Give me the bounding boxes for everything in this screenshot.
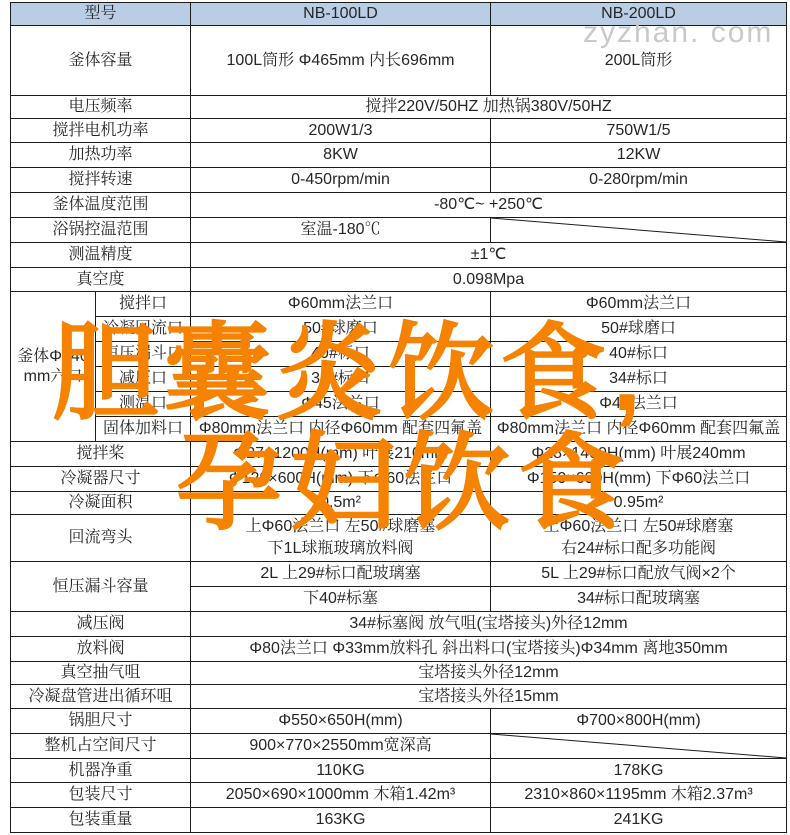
header-model-label: 型号 <box>11 3 191 26</box>
spec-value-nb100: Φ550×650H(mm) <box>191 709 491 734</box>
spec-label: 机器净重 <box>11 759 191 783</box>
row-funnel-capacity: 恒压漏斗容量 2L 上29#标口配玻璃塞 5L 上29#标口配放气阀×2个 <box>11 562 787 587</box>
spec-value-nb100: 8KW <box>191 143 491 168</box>
spec-value-nb200: 750W1/5 <box>491 119 787 143</box>
spec-value-shared: 宝塔接头外径12mm <box>191 662 787 685</box>
spec-value-shared: 0.098Mpa <box>191 268 787 292</box>
row-pack-weight: 包装重量 163KG 241KG <box>11 808 787 833</box>
row-voltage: 电压频率 搅拌220V/50HZ 加热锅380V/50HZ <box>11 96 787 119</box>
row-net-weight: 机器净重 110KG 178KG <box>11 759 787 783</box>
spec-value-nb200: 2310×860×1195mm 木箱2.37m³ <box>491 783 787 808</box>
spec-label: 冷凝面积 <box>11 492 191 515</box>
spec-value-nb200: 5L 上29#标口配放气阀×2个 <box>491 562 787 587</box>
spec-label: 减压阀 <box>11 612 191 637</box>
spec-value-shared: 搅拌220V/50HZ 加热锅380V/50HZ <box>191 96 787 119</box>
row-bath-temp-range: 浴锅控温范围 室温-180℃ <box>11 218 787 243</box>
spec-value-nb100: 室温-180℃ <box>191 218 491 243</box>
spec-value-nb200: 178KG <box>491 759 787 783</box>
spec-value-nb100: 2L 上29#标口配玻璃塞 <box>191 562 491 587</box>
spec-label: 冷凝盘管进出循环咀 <box>11 685 191 709</box>
row-vacuum-nozzle: 真空抽气咀 宝塔接头外径12mm <box>11 662 787 685</box>
spec-value-nb200: 241KG <box>491 808 787 833</box>
spec-label: 真空度 <box>11 268 191 292</box>
row-stir-speed: 搅拌转速 0-450rpm/min 0-280rpm/min <box>11 168 787 193</box>
row-pot-size: 锅胆尺寸 Φ550×650H(mm) Φ700×800H(mm) <box>11 709 787 734</box>
spec-label: 整机占空间尺寸 <box>11 734 191 759</box>
spec-value-nb200: 0-280rpm/min <box>491 168 787 193</box>
spec-value-nb200: Φ60mm法兰口 <box>491 292 787 317</box>
row-heating-power: 加热功率 8KW 12KW <box>11 143 787 168</box>
spec-label: 测温精度 <box>11 243 191 268</box>
spec-label: 回流弯头 <box>11 515 191 562</box>
row-motor-power: 搅拌电机功率 200W1/3 750W1/5 <box>11 119 787 143</box>
spec-value-shared: 34#标塞阀 放气咀(宝塔接头)外径12mm <box>191 612 787 637</box>
orange-watermark-line2: 孕妇饮食 <box>176 431 632 537</box>
site-watermark: zyzhan. com <box>583 16 773 50</box>
port-label: 搅拌口 <box>96 292 191 317</box>
spec-value-nb100: 110KG <box>191 759 491 783</box>
spec-label: 搅拌桨 <box>11 442 191 467</box>
spec-label: 包装尺寸 <box>11 783 191 808</box>
spec-value-nb200: 34#标口配玻璃塞 <box>491 587 787 612</box>
spec-label: 放料阀 <box>11 637 191 662</box>
row-pack-size: 包装尺寸 2050×690×1000mm 木箱1.42m³ 2310×860×1… <box>11 783 787 808</box>
spec-value-nb100: 200W1/3 <box>191 119 491 143</box>
spec-label: 加热功率 <box>11 143 191 168</box>
spec-value-shared: Φ80法兰口 Φ33mm放料孔 斜出料口(宝塔接头)Φ34mm 离地350mm <box>191 637 787 662</box>
spec-value-nb100: 2050×690×1000mm 木箱1.42m³ <box>191 783 491 808</box>
spec-label: 冷凝器尺寸 <box>11 467 191 492</box>
spec-value-nb200: 12KW <box>491 143 787 168</box>
spec-label: 搅拌转速 <box>11 168 191 193</box>
diagonal-strike-icon <box>491 734 786 758</box>
header-col-nb100: NB-100LD <box>191 3 491 26</box>
row-coil-nozzle: 冷凝盘管进出循环咀 宝塔接头外径15mm <box>11 685 787 709</box>
spec-label: 恒压漏斗容量 <box>11 562 191 612</box>
spec-value-nb200: Φ700×800H(mm) <box>491 709 787 734</box>
row-relief-valve: 减压阀 34#标塞阀 放气咀(宝塔接头)外径12mm <box>11 612 787 637</box>
orange-watermark-line1: 胆囊炎饮食, <box>52 321 647 427</box>
spec-value-nb100: Φ60mm法兰口 <box>191 292 491 317</box>
row-temp-accuracy: 测温精度 ±1℃ <box>11 243 787 268</box>
spec-label: 釜体温度范围 <box>11 193 191 218</box>
spec-label: 搅拌电机功率 <box>11 119 191 143</box>
spec-label: 真空抽气咀 <box>11 662 191 685</box>
spec-label: 电压频率 <box>11 96 191 119</box>
spec-value-shared: -80℃~ +250℃ <box>191 193 787 218</box>
spec-label: 锅胆尺寸 <box>11 709 191 734</box>
spec-label: 浴锅控温范围 <box>11 218 191 243</box>
spec-value-nb100: 100L筒形 Φ465mm 内长696mm <box>191 26 491 96</box>
spec-label: 釜体容量 <box>11 26 191 96</box>
spec-value-nb100: 下40#标塞 <box>191 587 491 612</box>
spec-label: 包装重量 <box>11 808 191 833</box>
empty-cell-diagonal <box>491 218 787 243</box>
row-port-stir: 釜体Φ340mm六口 搅拌口 Φ60mm法兰口 Φ60mm法兰口 <box>11 292 787 317</box>
empty-cell-diagonal <box>491 734 787 759</box>
row-discharge-valve: 放料阀 Φ80法兰口 Φ33mm放料孔 斜出料口(宝塔接头)Φ34mm 离地35… <box>11 637 787 662</box>
row-kettle-temp-range: 釜体温度范围 -80℃~ +250℃ <box>11 193 787 218</box>
spec-value-shared: ±1℃ <box>191 243 787 268</box>
row-vacuum: 真空度 0.098Mpa <box>11 268 787 292</box>
row-machine-size: 整机占空间尺寸 900×770×2550mm宽深高 <box>11 734 787 759</box>
diagonal-strike-icon <box>491 218 786 242</box>
spec-value-shared: 宝塔接头外径15mm <box>191 685 787 709</box>
spec-value-nb100: 900×770×2550mm宽深高 <box>191 734 491 759</box>
spec-value-nb100: 163KG <box>191 808 491 833</box>
spec-value-nb100: 0-450rpm/min <box>191 168 491 193</box>
